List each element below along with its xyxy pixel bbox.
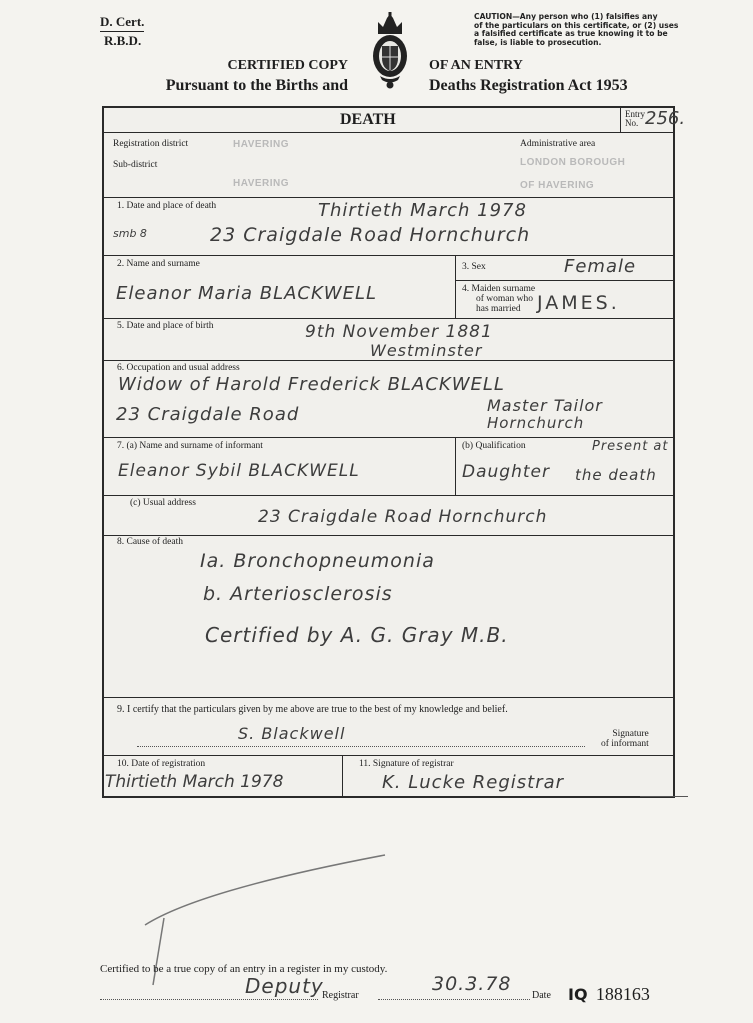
field-2-label: 2. Name and surname (117, 259, 200, 269)
divider (102, 360, 675, 361)
caution-line: false, is liable to prosecution. (474, 39, 678, 48)
certifying-registrar-signature: Deputy (245, 974, 324, 998)
divider (342, 755, 343, 798)
title-right-1: OF AN ENTRY (429, 58, 523, 74)
name-and-surname: Eleanor Maria BLACKWELL (116, 283, 377, 304)
serial-digits: 188163 (596, 984, 650, 1004)
field-4-label-line: of woman who (462, 294, 535, 304)
title-left-1: CERTIFIED COPY (228, 58, 348, 74)
field-11-label: 11. Signature of registrar (359, 759, 454, 769)
informant-address: 23 Craigdale Road Hornchurch (258, 507, 547, 527)
field-5-label: 5. Date and place of birth (117, 321, 214, 331)
divider (455, 255, 456, 318)
qualification-detail-2: the death (575, 466, 657, 484)
certified-by: Certified by A. G. Gray M.B. (205, 623, 509, 647)
divider (102, 535, 675, 536)
divider (102, 755, 675, 756)
entry-label-line: No. (625, 119, 645, 128)
field-7a-label: 7. (a) Name and surname of informant (117, 441, 263, 451)
sex-value: Female (564, 256, 636, 277)
registration-district-label: Registration district (113, 139, 188, 149)
form-code: D. Cert. (100, 14, 144, 32)
serial-prefix: IQ (568, 985, 588, 1004)
registrar-signature-line (100, 999, 318, 1000)
administrative-area-value-2: OF HAVERING (520, 180, 594, 191)
qualification: Daughter (462, 462, 550, 482)
divider (102, 132, 675, 133)
qualification-detail-1: Present at (592, 439, 669, 454)
field-9-label: 9. I certify that the particulars given … (117, 704, 508, 715)
margin-note: smb 8 (113, 227, 147, 240)
registration-district-value: HAVERING (233, 139, 289, 150)
certification-statement: Certified to be a true copy of an entry … (100, 963, 387, 975)
entry-number: 256. (645, 108, 685, 129)
date-of-death: Thirtieth March 1978 (318, 200, 527, 221)
serial-number: IQ 188163 (568, 984, 650, 1005)
field-4-label-line: has married (462, 304, 535, 314)
date-of-birth: 9th November 1881 (305, 322, 493, 342)
signature-label-line: Signature (601, 729, 649, 739)
signature-line (137, 746, 585, 747)
usual-address-town: Hornchurch (487, 414, 584, 432)
maiden-surname: JAMES. (537, 292, 620, 314)
divider (102, 318, 675, 319)
title-left-2: Pursuant to the Births and (166, 77, 348, 95)
divider (102, 437, 675, 438)
registrar-signature: K. Lucke Registrar (382, 772, 564, 793)
usual-address: 23 Craigdale Road (116, 404, 299, 425)
informant-name: Eleanor Sybil BLACKWELL (118, 461, 360, 481)
cause-of-death-1b: b. Arteriosclerosis (203, 583, 393, 605)
field-4-label: 4. Maiden surname of woman who has marri… (462, 284, 535, 314)
occupation-detail: Master Tailor (487, 396, 603, 415)
divider (620, 106, 621, 133)
occupation: Widow of Harold Frederick BLACKWELL (118, 374, 505, 395)
date-line (378, 999, 530, 1000)
date-of-registration: Thirtieth March 1978 (105, 772, 283, 792)
administrative-area-value-1: LONDON BOROUGH (520, 157, 625, 168)
field-3-label: 3. Sex (462, 262, 486, 272)
informant-signature: S. Blackwell (238, 724, 345, 743)
office-code: R.B.D. (104, 33, 141, 49)
divider (455, 280, 675, 281)
place-of-birth: Westminster (370, 341, 482, 360)
registrar-label: Registrar (322, 990, 359, 1001)
field-7b-label: (b) Qualification (462, 441, 526, 451)
divider (102, 495, 675, 496)
signature-label-line: of informant (601, 739, 649, 749)
cause-of-death-1a: Ia. Bronchopneumonia (200, 550, 435, 572)
field-7c-label: (c) Usual address (130, 498, 196, 508)
signature-of-informant-label: Signature of informant (601, 729, 649, 749)
divider (455, 437, 456, 495)
title-right-2: Deaths Registration Act 1953 (429, 77, 628, 95)
signature-flourish (640, 796, 688, 797)
form-heading: DEATH (340, 111, 396, 129)
administrative-area-label: Administrative area (520, 139, 595, 149)
caution-notice: CAUTION—Any person who (1) falsifies any… (474, 13, 678, 47)
place-of-death: 23 Craigdale Road Hornchurch (210, 224, 530, 246)
field-4-label-line: 4. Maiden surname (462, 284, 535, 294)
field-10-label: 10. Date of registration (117, 759, 205, 769)
field-1-label: 1. Date and place of death (117, 201, 216, 211)
certification-date: 30.3.78 (432, 973, 512, 995)
sub-district-label: Sub-district (113, 160, 157, 170)
sub-district-value: HAVERING (233, 178, 289, 189)
divider (102, 197, 675, 198)
divider (102, 697, 675, 698)
field-8-label: 8. Cause of death (117, 537, 183, 547)
entry-label: Entry No. (625, 110, 645, 128)
field-6-label: 6. Occupation and usual address (117, 363, 240, 373)
date-label: Date (532, 990, 551, 1001)
royal-crest-icon (370, 12, 410, 90)
